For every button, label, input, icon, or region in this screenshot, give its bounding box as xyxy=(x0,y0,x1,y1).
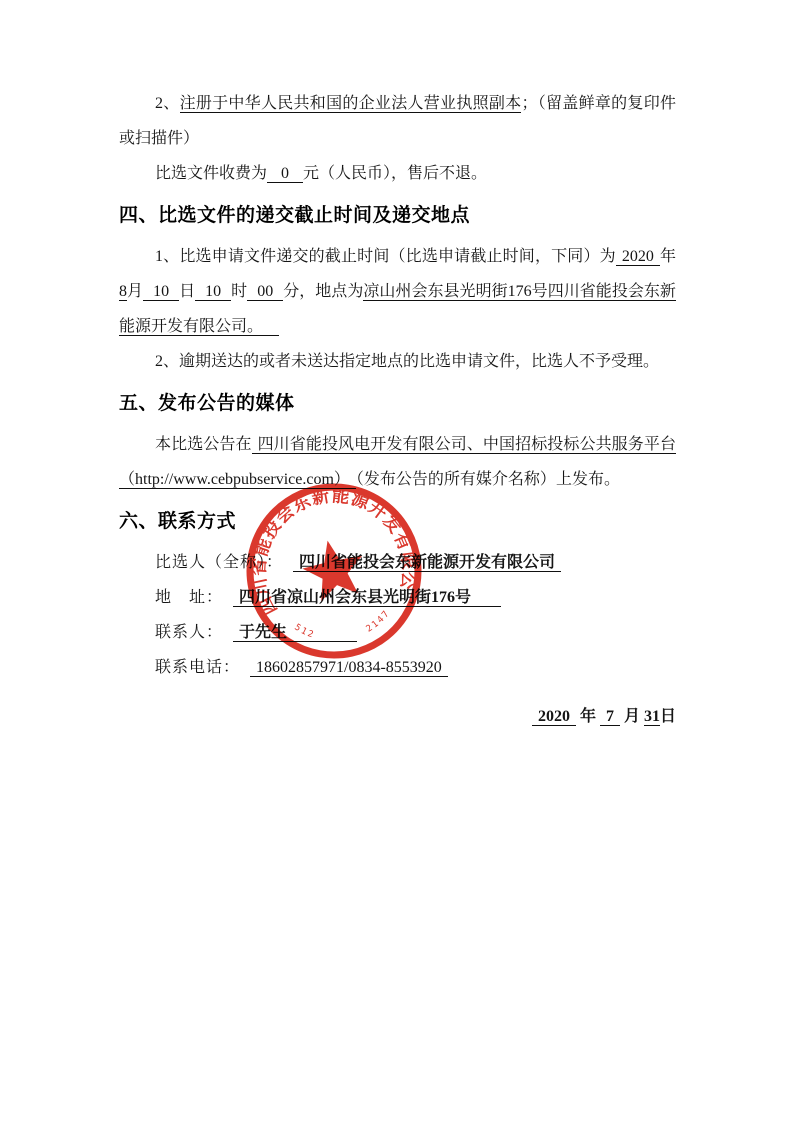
item2-underlined-text: 注册于中华人民共和国的企业法人营业执照副本 xyxy=(180,95,522,113)
contact-row-person: 联系人：于先生 xyxy=(119,615,676,650)
contact-row-address: 地 址：四川省凉山州会东县光明街176号 xyxy=(119,580,676,615)
fee-prefix: 比选文件收费为 xyxy=(155,165,267,182)
deadline-month: 8 xyxy=(119,283,127,301)
fee-suffix: 元（人民币），售后不退。 xyxy=(303,165,487,182)
media-prefix: 本比选公告在 xyxy=(155,436,252,453)
heading-section4: 四、比选文件的递交截止时间及递交地点 xyxy=(119,198,676,234)
heading-section6: 六、联系方式 xyxy=(119,504,676,540)
phone-label: 联系电话： xyxy=(155,659,240,676)
address-value: 四川省凉山州会东县光明街176号 xyxy=(233,589,501,607)
fee-value: 0 xyxy=(267,165,303,183)
paragraph-item2: 2、注册于中华人民共和国的企业法人营业执照副本；（留盖鲜章的复印件或扫描件） xyxy=(119,86,676,156)
media-suffix: 上发布。 xyxy=(556,471,620,488)
deadline-prefix: 1、比选申请文件递交的截止时间（比选申请截止时间，下同）为 xyxy=(155,248,616,265)
paragraph-media: 本比选公告在四川省能投风电开发有限公司、中国招标投标公共服务平台（http://… xyxy=(119,427,676,497)
deadline-year: 2020 xyxy=(616,248,660,266)
address-label: 地 址： xyxy=(155,589,223,606)
paragraph-deadline: 1、比选申请文件递交的截止时间（比选申请截止时间，下同）为2020年8月10日1… xyxy=(119,239,676,344)
deadline-day-label: 日 xyxy=(179,283,195,300)
contact-row-company: 比选人（全称）：四川省能投会东新能源开发有限公司 xyxy=(119,545,676,580)
date-month-label: 月 xyxy=(620,708,644,725)
person-label: 联系人： xyxy=(155,624,223,641)
date-year-label: 年 xyxy=(576,708,600,725)
document-content: 2、注册于中华人民共和国的企业法人营业执照副本；（留盖鲜章的复印件或扫描件） 比… xyxy=(119,86,676,734)
document-page: 2、注册于中华人民共和国的企业法人营业执照副本；（留盖鲜章的复印件或扫描件） 比… xyxy=(0,0,794,1123)
deadline-minute: 00 xyxy=(247,283,283,301)
deadline-day: 10 xyxy=(143,283,179,301)
location-prefix: ，地点为 xyxy=(299,283,363,300)
media-note: （发布公告的所有媒介名称） xyxy=(356,471,556,488)
date-year: 2020 xyxy=(532,708,576,726)
deadline-hour-label: 时 xyxy=(231,283,247,300)
date-month: 7 xyxy=(600,708,620,726)
deadline-year-label: 年 xyxy=(660,248,676,265)
phone-value: 18602857971/0834-8553920 xyxy=(250,659,448,677)
paragraph-late-delivery: 2、逾期送达的或者未送达指定地点的比选申请文件，比选人不予受理。 xyxy=(119,344,676,379)
company-label: 比选人（全称）： xyxy=(155,554,283,571)
person-value: 于先生 xyxy=(233,624,357,642)
deadline-month-label: 月 xyxy=(127,283,143,300)
paragraph-fee: 比选文件收费为0元（人民币），售后不退。 xyxy=(119,156,676,191)
date-day-label: 日 xyxy=(660,708,676,725)
heading-section5: 五、发布公告的媒体 xyxy=(119,386,676,422)
document-date: 2020 年 7 月 31日 xyxy=(119,699,676,734)
deadline-hour: 10 xyxy=(195,283,231,301)
deadline-minute-label: 分 xyxy=(283,283,299,300)
contact-row-phone: 联系电话：18602857971/0834-8553920 xyxy=(119,650,676,685)
date-day: 31 xyxy=(644,708,660,726)
company-value: 四川省能投会东新能源开发有限公司 xyxy=(293,554,561,572)
item2-number: 2、 xyxy=(155,95,180,112)
